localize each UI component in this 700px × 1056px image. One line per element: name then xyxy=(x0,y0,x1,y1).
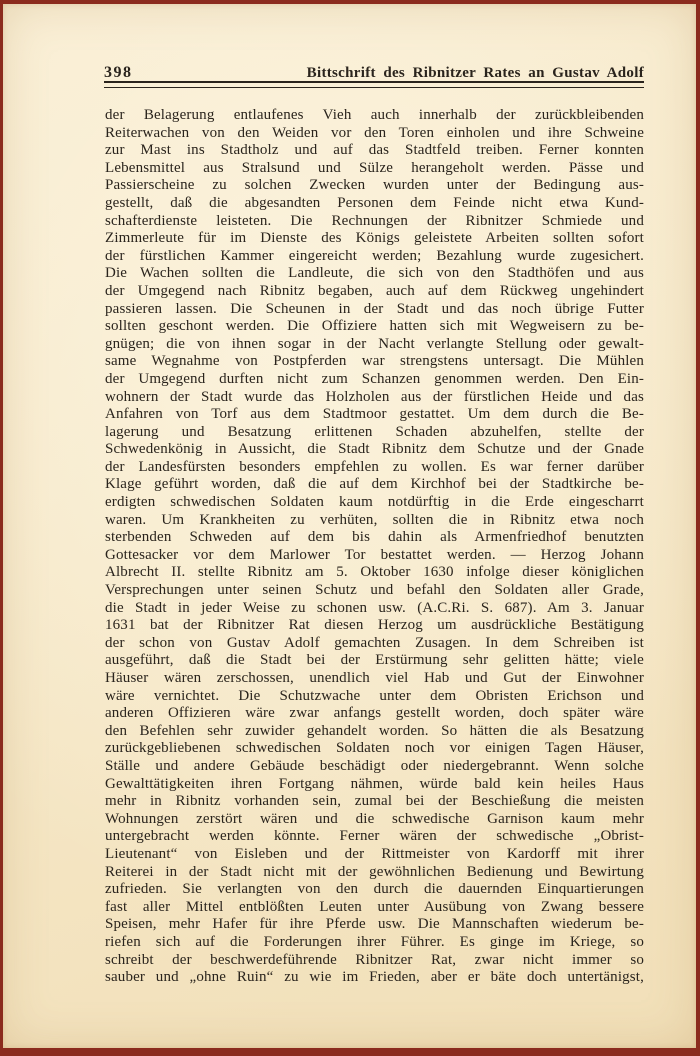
text-line: die Stadt in jeder Weise zu schonen usw.… xyxy=(105,600,644,618)
text-line: ausgeführt, daß die Stadt bei der Erstür… xyxy=(105,652,644,670)
text-line: Anfahren von Torf aus dem Stadtmoor gest… xyxy=(105,406,644,424)
text-line: mehr in Ribnitz vorhanden sein, zumal be… xyxy=(105,793,644,811)
text-line: erdigten schwedischen Soldaten kaum notd… xyxy=(105,494,644,512)
page-header: 398 Bittschrift des Ribnitzer Rates an G… xyxy=(104,64,644,82)
text-line: sollten geschont werden. Die Offiziere h… xyxy=(105,318,644,336)
text-line: Passierscheine zu solchen Zwecken wurden… xyxy=(105,177,644,195)
text-line: anderen Offizieren wäre zwar anfangs ges… xyxy=(105,705,644,723)
text-line: der Belagerung entlaufenes Vieh auch inn… xyxy=(105,107,644,125)
book-cover-background: 398 Bittschrift des Ribnitzer Rates an G… xyxy=(0,0,700,1056)
text-line: Albrecht II. stellte Ribnitz am 5. Oktob… xyxy=(105,564,644,582)
text-line: lagerung und Besatzung erlittenen Schade… xyxy=(105,424,644,442)
text-line: zufrieden. Sie verlangten von den durch … xyxy=(105,881,644,899)
text-line: same Wegnahme von Postpferden war streng… xyxy=(105,353,644,371)
text-line: sterbenden Schweden auf dem bis dahin al… xyxy=(105,529,644,547)
text-line: Gottesacker vor dem Marlower Tor bestatt… xyxy=(105,547,644,565)
text-line: der fürstlichen Kammer eingereicht werde… xyxy=(105,248,644,266)
header-rule xyxy=(104,81,644,88)
scanned-page: 398 Bittschrift des Ribnitzer Rates an G… xyxy=(3,4,696,1048)
text-line: der Landesfürsten besonders empfehlen zu… xyxy=(105,459,644,477)
text-line: der Umgegend nach Ribnitz begaben, auch … xyxy=(105,283,644,301)
text-line: untergebracht werden könnte. Ferner wäre… xyxy=(105,828,644,846)
page-number: 398 xyxy=(104,64,133,82)
text-line: Lebensmittel aus Stralsund und Sülze her… xyxy=(105,160,644,178)
text-line: Klage geführt worden, daß die auf dem Ki… xyxy=(105,476,644,494)
running-title: Bittschrift des Ribnitzer Rates an Gusta… xyxy=(307,65,644,82)
text-line: den Befehlen sehr zuwider gehandelt word… xyxy=(105,723,644,741)
text-line: wäre vernichtet. Die Schutzwache unter d… xyxy=(105,688,644,706)
text-line: schafterdienste leisteten. Die Rechnunge… xyxy=(105,213,644,231)
body-text: der Belagerung entlaufenes Vieh auch inn… xyxy=(105,107,644,987)
text-line: waren. Um Krankheiten zu verhüten, sollt… xyxy=(105,512,644,530)
text-line: Versprechungen unter seinen Schutz und b… xyxy=(105,582,644,600)
text-line: wohnern der Stadt wurde das Holzholen au… xyxy=(105,389,644,407)
text-line: Zimmerleute für im Dienste des Königs ge… xyxy=(105,230,644,248)
text-line: schreibt der beschwerdeführende Ribnitze… xyxy=(105,952,644,970)
text-line: Speisen, mehr Hafer für ihre Pferde usw.… xyxy=(105,916,644,934)
text-line: der Umgegend durften nicht zum Schanzen … xyxy=(105,371,644,389)
text-line: zurückgebliebenen schwedischen Soldaten … xyxy=(105,740,644,758)
text-line: riefen sich auf die Forderungen ihrer Fü… xyxy=(105,934,644,952)
text-line: Reiterei in der Stadt nicht mit der gewö… xyxy=(105,864,644,882)
text-line: Wohnungen zerstört wären und die schwedi… xyxy=(105,811,644,829)
text-line: passieren lassen. Die Scheunen in der St… xyxy=(105,301,644,319)
text-line: Reiterwachen von den Weiden vor den Tore… xyxy=(105,125,644,143)
text-line: der schon von Gustav Adolf gemachten Zus… xyxy=(105,635,644,653)
text-line: Häuser wären zerschossen, unendlich viel… xyxy=(105,670,644,688)
text-line: fast aller Mittel entblößten Leuten unte… xyxy=(105,899,644,917)
text-line: sauber und „ohne Ruin“ zu wie im Frieden… xyxy=(105,969,644,987)
text-line: zur Mast ins Stadtholz und auf das Stadt… xyxy=(105,142,644,160)
text-line: Lieutenant“ von Eisleben und der Rittmei… xyxy=(105,846,644,864)
text-line: gnügen; die von ihnen sogar in der Nacht… xyxy=(105,336,644,354)
text-line: gestellt, daß die abgesandten Personen d… xyxy=(105,195,644,213)
text-line: 1631 bat der Ribnitzer Rat diesen Herzog… xyxy=(105,617,644,635)
text-line: Gewalttätigkeiten ihren Fortgang nähmen,… xyxy=(105,776,644,794)
text-line: Schwedenkönig in Aussicht, die Stadt Rib… xyxy=(105,441,644,459)
text-line: Ställe und andere Gebäude beschädigt ode… xyxy=(105,758,644,776)
text-line: Die Wachen sollten die Landleute, die si… xyxy=(105,265,644,283)
